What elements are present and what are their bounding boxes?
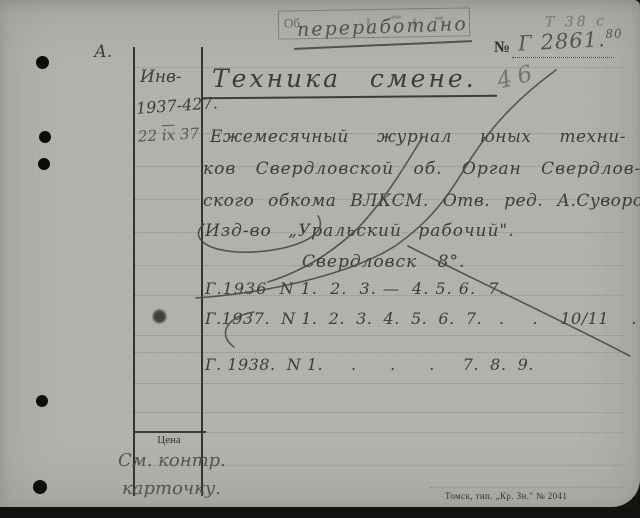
holdings-line-1937: Г.1937. N 1. 2. 3. 4. 5. 6. 7. . . 10/11…	[205, 309, 637, 328]
accession-month: ix	[161, 126, 175, 145]
price-note-line2: карточку.	[122, 478, 221, 499]
ink-smudge	[152, 309, 167, 324]
ruled-line	[134, 383, 626, 384]
punch-hole	[36, 395, 48, 407]
holdings-line-1936: Г.1936 N 1. 2. 3. — 4. 5. 6. 7.	[205, 279, 505, 298]
punch-hole	[33, 480, 47, 494]
accession-day: 22	[138, 127, 158, 146]
stamp-underline	[294, 40, 472, 50]
description-line: Изд-во „Уральский рабочий".	[205, 221, 515, 241]
ruled-line	[430, 487, 626, 488]
holdings-line-1938: Г. 1938. N 1. . . . 7. 8. 9.	[205, 355, 534, 374]
price-box-line	[134, 431, 206, 433]
punch-hole	[39, 131, 51, 143]
punch-hole	[38, 158, 50, 170]
accession-date: 22 ix 37	[138, 124, 200, 145]
ruled-line	[134, 352, 626, 353]
ruled-line	[204, 432, 626, 433]
inventory-label: Инв-	[140, 67, 182, 87]
column-rule-right	[201, 47, 203, 496]
number-sign: №	[494, 39, 510, 57]
title-underline	[203, 95, 497, 100]
card-paper: Об. переработано А. Т 38 с № Г 2861.80 4…	[0, 0, 640, 507]
description-line: ков Свердловской об. Орган Свердлов-	[203, 159, 640, 179]
ruled-line	[134, 335, 626, 336]
pencil-note: 46	[494, 59, 540, 94]
accession-year: 37	[179, 124, 199, 143]
margin-letter: А.	[94, 42, 112, 62]
column-rule-left	[133, 47, 135, 496]
number-dotted-line	[512, 57, 614, 58]
description-line: ского обкома ВЛКСМ. Отв. ред. А.Суворов.	[203, 191, 640, 211]
price-label: Цена	[134, 434, 204, 446]
card-number-sup: 80	[605, 26, 623, 41]
card-title: Техника смене.	[212, 64, 477, 93]
printer-imprint: Томск, тип. „Кр. Зн." № 2041	[445, 491, 567, 501]
description-line: Ежемесячный журнал юных техни-	[210, 127, 626, 147]
place-line: Свердловск 8°.	[302, 252, 465, 272]
punch-hole	[36, 56, 49, 69]
ruled-line	[134, 412, 626, 413]
card-number: Г 2861.80	[517, 26, 623, 55]
price-note-line1: См. контр.	[118, 450, 226, 471]
card-number-main: Г 2861.	[517, 27, 606, 56]
catalog-card-scan: Об. переработано А. Т 38 с № Г 2861.80 4…	[0, 0, 640, 518]
